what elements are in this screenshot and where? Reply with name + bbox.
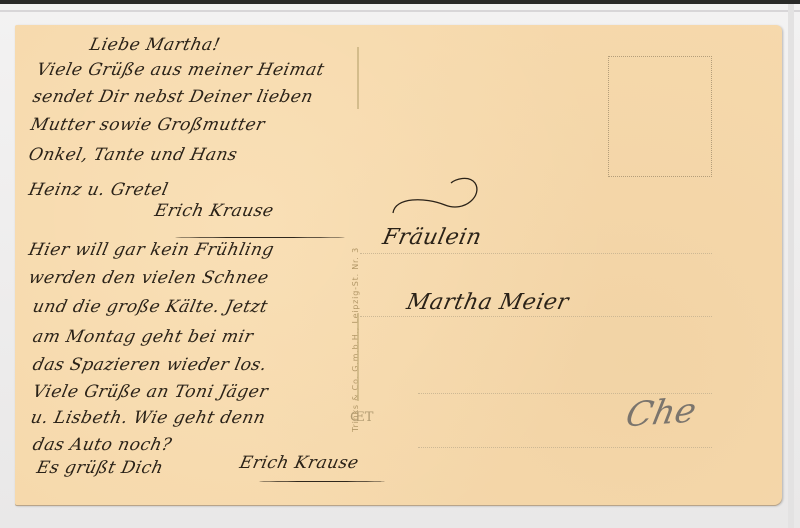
pencil-mark: Che — [622, 391, 699, 436]
message-line: Mutter sowie Großmutter — [29, 115, 267, 135]
address-line — [360, 253, 712, 254]
message-line: Heinz u. Gretel — [27, 180, 170, 200]
message-line: werden den vielen Schnee — [27, 268, 271, 288]
sleeve-edge — [0, 10, 800, 12]
message-line: Viele Grüße aus meiner Heimat — [35, 60, 326, 80]
address-line — [360, 316, 712, 317]
message-line: am Montag geht bei mir — [31, 327, 255, 347]
signature: Erich Krause — [153, 201, 276, 221]
flourish-icon — [385, 175, 485, 215]
divider-line-bottom — [357, 313, 359, 401]
address-salutation: Fräulein — [380, 225, 484, 250]
message-line: sendet Dir nebst Deiner lieben — [31, 87, 315, 107]
signature-underline — [175, 237, 345, 238]
stamp-box — [608, 56, 712, 177]
divider-line-top — [357, 47, 359, 109]
message-line: und die große Kälte. Jetzt — [31, 297, 270, 317]
message-line: das Auto noch? — [31, 435, 174, 455]
message-line: Liebe Martha! — [88, 35, 222, 55]
closing-signature-underline — [259, 481, 385, 482]
address-line — [418, 447, 712, 448]
message-line: u. Lisbeth. Wie geht denn — [29, 408, 268, 428]
message-line: Es grüßt Dich — [35, 458, 165, 478]
sleeve-right-edge — [788, 4, 794, 528]
message-line: Viele Grüße an Toni Jäger — [31, 382, 270, 402]
postcard: Liebe Martha! Viele Grüße aus meiner Hei… — [15, 25, 782, 505]
message-line: das Spazieren wieder los. — [31, 355, 269, 375]
message-line: Onkel, Tante und Hans — [27, 145, 239, 165]
address-name: Martha Meier — [404, 290, 571, 315]
message-line: Hier will gar kein Frühling — [27, 240, 276, 260]
publisher-logo: ŒT — [350, 410, 364, 426]
closing-signature: Erich Krause — [238, 453, 361, 473]
